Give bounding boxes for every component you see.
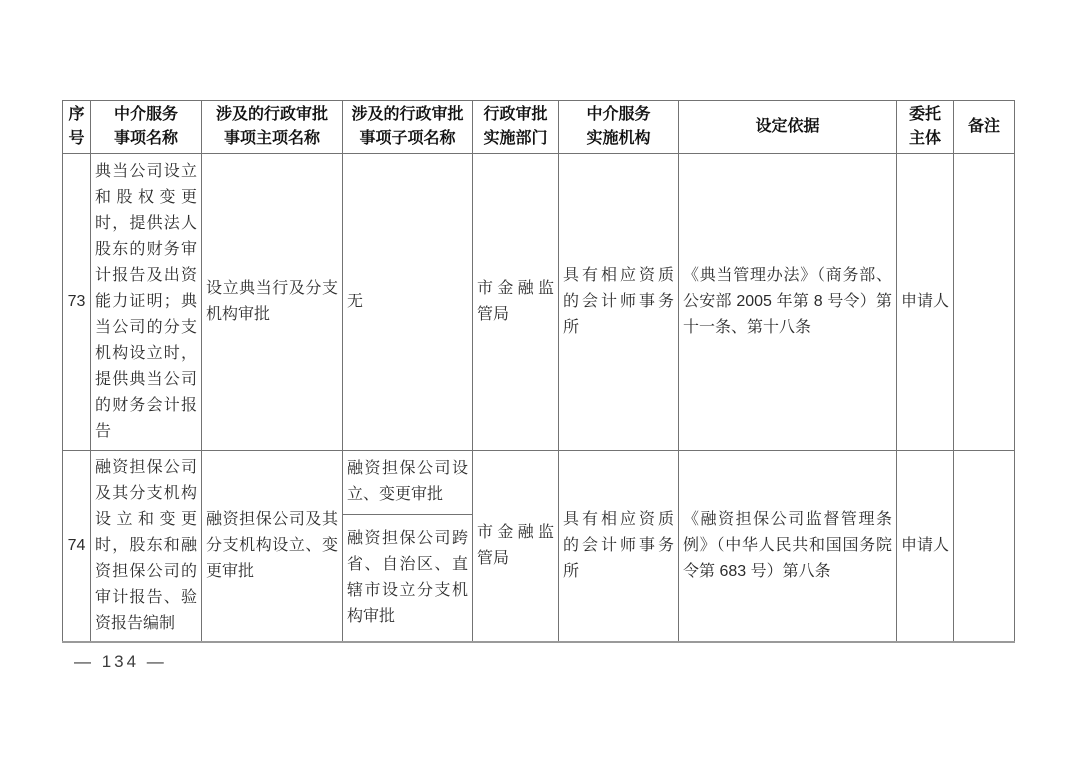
header-serial-number: 序 号: [63, 101, 91, 154]
header-service-agency: 中介服务 实施机构: [559, 101, 679, 154]
cell-73-entrusting-party: 申请人: [897, 154, 954, 451]
cell-74-sub-item-2: 融资担保公司跨省、自治区、直辖市设立分支机构审批: [343, 514, 473, 642]
cell-73-sub-item: 无: [343, 154, 473, 451]
header-setting-basis: 设定依据: [679, 101, 897, 154]
cell-73-service-agency: 具有相应资质的会计师事务所: [559, 154, 679, 451]
cell-74-serial-number: 74: [63, 451, 91, 643]
cell-73-main-item: 设立典当行及分支机构审批: [202, 154, 343, 451]
cell-73-serial-number: 73: [63, 154, 91, 451]
header-entrusting-party: 委托 主体: [897, 101, 954, 154]
cell-73-remarks: [954, 154, 1015, 451]
cell-74-service-item: 融资担保公司及其分支机构设立和变更时，股东和融资担保公司的审计报告、验资报告编制: [91, 451, 202, 643]
header-approval-sub-item: 涉及的行政审批 事项子项名称: [343, 101, 473, 154]
cell-74-sub-item-1: 融资担保公司设立、变更审批: [343, 451, 473, 515]
cell-74-remarks: [954, 451, 1015, 643]
page-number: — 134 —: [74, 652, 167, 672]
table-row-74-part1: 74 融资担保公司及其分支机构设立和变更时，股东和融资担保公司的审计报告、验资报…: [63, 451, 1015, 515]
cell-74-entrusting-party: 申请人: [897, 451, 954, 643]
cell-74-setting-basis: 《融资担保公司监督管理条例》（中华人民共和国国务院令第 683 号）第八条: [679, 451, 897, 643]
document-page: 序 号 中介服务 事项名称 涉及的行政审批 事项主项名称 涉及的行政审批 事项子…: [0, 0, 1074, 757]
intermediary-services-table: 序 号 中介服务 事项名称 涉及的行政审批 事项主项名称 涉及的行政审批 事项子…: [62, 100, 1015, 643]
table-row-73: 73 典当公司设立和股权变更时，提供法人股东的财务审计报告及出资能力证明；典当公…: [63, 154, 1015, 451]
cell-73-service-item: 典当公司设立和股权变更时，提供法人股东的财务审计报告及出资能力证明；典当公司的分…: [91, 154, 202, 451]
cell-74-main-item: 融资担保公司及其分支机构设立、变更审批: [202, 451, 343, 643]
cell-74-service-agency: 具有相应资质的会计师事务所: [559, 451, 679, 643]
cell-73-approval-department: 市金融监管局: [473, 154, 559, 451]
header-service-item-name: 中介服务 事项名称: [91, 101, 202, 154]
header-row: 序 号 中介服务 事项名称 涉及的行政审批 事项主项名称 涉及的行政审批 事项子…: [63, 101, 1015, 154]
header-approval-department: 行政审批 实施部门: [473, 101, 559, 154]
header-remarks: 备注: [954, 101, 1015, 154]
cell-73-setting-basis: 《典当管理办法》（商务部、公安部 2005 年第 8 号令）第十一条、第十八条: [679, 154, 897, 451]
header-approval-main-item: 涉及的行政审批 事项主项名称: [202, 101, 343, 154]
cell-74-approval-department: 市金融监管局: [473, 451, 559, 643]
